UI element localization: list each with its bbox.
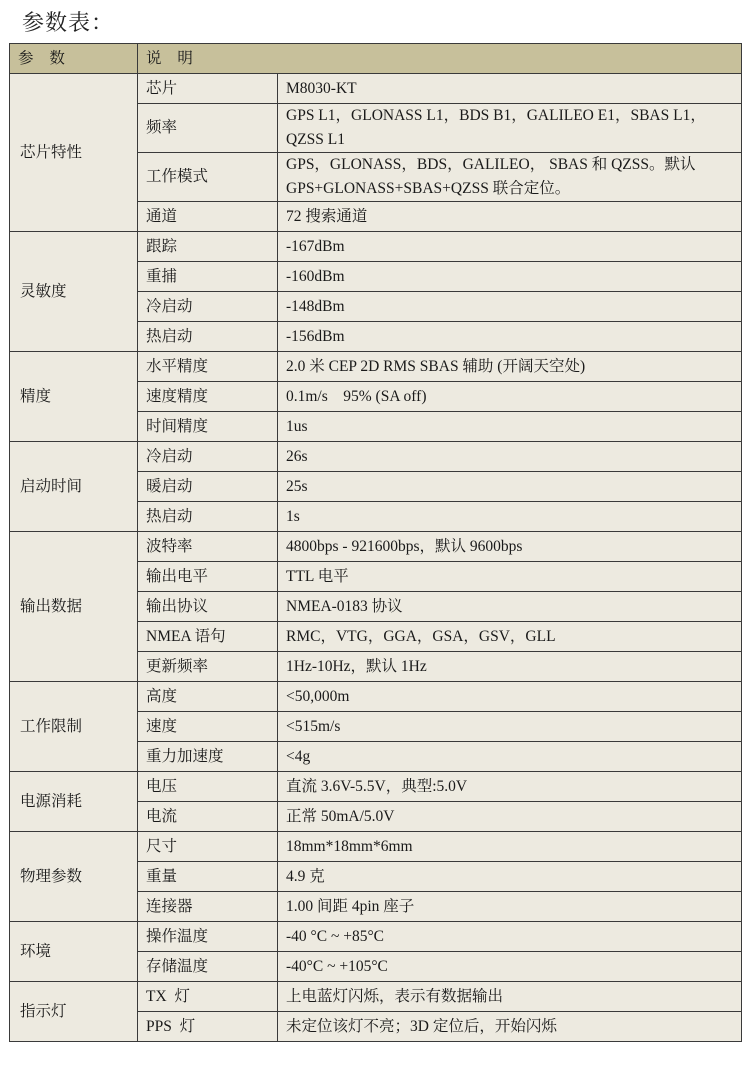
row-label: 电流 bbox=[138, 802, 278, 832]
group-sensitivity: 灵敏度 bbox=[10, 232, 138, 352]
parameter-table: 参 数 说 明 芯片特性 芯片 M8030-KT 频率 GPS L1，GLONA… bbox=[9, 43, 742, 1042]
row-label: 重力加速度 bbox=[138, 742, 278, 772]
row-label: 芯片 bbox=[138, 74, 278, 104]
table-row: 指示灯 TX 灯 上电蓝灯闪烁，表示有数据输出 bbox=[10, 982, 742, 1012]
row-label: 冷启动 bbox=[138, 442, 278, 472]
row-label: 通道 bbox=[138, 202, 278, 232]
table-row: 启动时间 冷启动 26s bbox=[10, 442, 742, 472]
group-startup-time: 启动时间 bbox=[10, 442, 138, 532]
row-label: 连接器 bbox=[138, 892, 278, 922]
row-value: 上电蓝灯闪烁，表示有数据输出 bbox=[278, 982, 742, 1012]
row-value: NMEA-0183 协议 bbox=[278, 592, 742, 622]
row-label: PPS 灯 bbox=[138, 1012, 278, 1042]
row-label: 热启动 bbox=[138, 502, 278, 532]
row-value: M8030-KT bbox=[278, 74, 742, 104]
group-accuracy: 精度 bbox=[10, 352, 138, 442]
table-row: 物理参数 尺寸 18mm*18mm*6mm bbox=[10, 832, 742, 862]
row-label: 跟踪 bbox=[138, 232, 278, 262]
row-label: 波特率 bbox=[138, 532, 278, 562]
row-label: 尺寸 bbox=[138, 832, 278, 862]
group-operating-limits: 工作限制 bbox=[10, 682, 138, 772]
row-value: <50,000m bbox=[278, 682, 742, 712]
row-label: 速度 bbox=[138, 712, 278, 742]
row-label: 速度精度 bbox=[138, 382, 278, 412]
table-row: 灵敏度 跟踪 -167dBm bbox=[10, 232, 742, 262]
row-value: 26s bbox=[278, 442, 742, 472]
group-output-data: 输出数据 bbox=[10, 532, 138, 682]
row-value: 1.00 间距 4pin 座子 bbox=[278, 892, 742, 922]
row-label: 存储温度 bbox=[138, 952, 278, 982]
header-param: 参 数 bbox=[10, 44, 138, 74]
row-value: 18mm*18mm*6mm bbox=[278, 832, 742, 862]
row-value: -156dBm bbox=[278, 322, 742, 352]
row-value: 72 搜索通道 bbox=[278, 202, 742, 232]
row-value: -160dBm bbox=[278, 262, 742, 292]
row-label: 水平精度 bbox=[138, 352, 278, 382]
row-value: 正常 50mA/5.0V bbox=[278, 802, 742, 832]
row-value: 0.1m/s 95% (SA off) bbox=[278, 382, 742, 412]
group-power-consumption: 电源消耗 bbox=[10, 772, 138, 832]
row-value: 未定位该灯不亮；3D 定位后，开始闪烁 bbox=[278, 1012, 742, 1042]
row-label: 输出协议 bbox=[138, 592, 278, 622]
row-label: NMEA 语句 bbox=[138, 622, 278, 652]
group-indicator-lights: 指示灯 bbox=[10, 982, 138, 1042]
table-row: 精度 水平精度 2.0 米 CEP 2D RMS SBAS 辅助 (开阔天空处) bbox=[10, 352, 742, 382]
row-value: <4g bbox=[278, 742, 742, 772]
row-label: 输出电平 bbox=[138, 562, 278, 592]
row-value: 1Hz-10Hz，默认 1Hz bbox=[278, 652, 742, 682]
row-value: 1s bbox=[278, 502, 742, 532]
row-value: RMC，VTG，GGA，GSA，GSV，GLL bbox=[278, 622, 742, 652]
row-value: GPS L1，GLONASS L1，BDS B1，GALILEO E1，SBAS… bbox=[278, 104, 742, 153]
row-label: 冷启动 bbox=[138, 292, 278, 322]
row-label: 操作温度 bbox=[138, 922, 278, 952]
row-label: 时间精度 bbox=[138, 412, 278, 442]
row-value: <515m/s bbox=[278, 712, 742, 742]
row-label: 更新频率 bbox=[138, 652, 278, 682]
table-row: 电源消耗 电压 直流 3.6V-5.5V，典型:5.0V bbox=[10, 772, 742, 802]
page-title: 参数表： bbox=[22, 6, 114, 37]
row-value: TTL 电平 bbox=[278, 562, 742, 592]
group-chip-features: 芯片特性 bbox=[10, 74, 138, 232]
table-header-row: 参 数 说 明 bbox=[10, 44, 742, 74]
row-value: 2.0 米 CEP 2D RMS SBAS 辅助 (开阔天空处) bbox=[278, 352, 742, 382]
row-value: 1us bbox=[278, 412, 742, 442]
group-physical: 物理参数 bbox=[10, 832, 138, 922]
row-value: -148dBm bbox=[278, 292, 742, 322]
row-value: 25s bbox=[278, 472, 742, 502]
row-value: 4.9 克 bbox=[278, 862, 742, 892]
row-label: 重捕 bbox=[138, 262, 278, 292]
row-label: 电压 bbox=[138, 772, 278, 802]
table-row: 输出数据 波特率 4800bps - 921600bps，默认 9600bps bbox=[10, 532, 742, 562]
row-label: 工作模式 bbox=[138, 153, 278, 202]
table-row: 芯片特性 芯片 M8030-KT bbox=[10, 74, 742, 104]
row-value: GPS，GLONASS，BDS，GALILEO， SBAS 和 QZSS。默认 … bbox=[278, 153, 742, 202]
table-row: 环境 操作温度 -40 °C ~ +85°C bbox=[10, 922, 742, 952]
row-value: -40 °C ~ +85°C bbox=[278, 922, 742, 952]
table-row: 工作限制 高度 <50,000m bbox=[10, 682, 742, 712]
row-value: -167dBm bbox=[278, 232, 742, 262]
group-environment: 环境 bbox=[10, 922, 138, 982]
row-label: 频率 bbox=[138, 104, 278, 153]
row-value: 4800bps - 921600bps，默认 9600bps bbox=[278, 532, 742, 562]
row-value: -40°C ~ +105°C bbox=[278, 952, 742, 982]
row-label: 暖启动 bbox=[138, 472, 278, 502]
row-label: 热启动 bbox=[138, 322, 278, 352]
row-label: 高度 bbox=[138, 682, 278, 712]
row-label: TX 灯 bbox=[138, 982, 278, 1012]
row-label: 重量 bbox=[138, 862, 278, 892]
header-desc: 说 明 bbox=[138, 44, 742, 74]
row-value: 直流 3.6V-5.5V，典型:5.0V bbox=[278, 772, 742, 802]
